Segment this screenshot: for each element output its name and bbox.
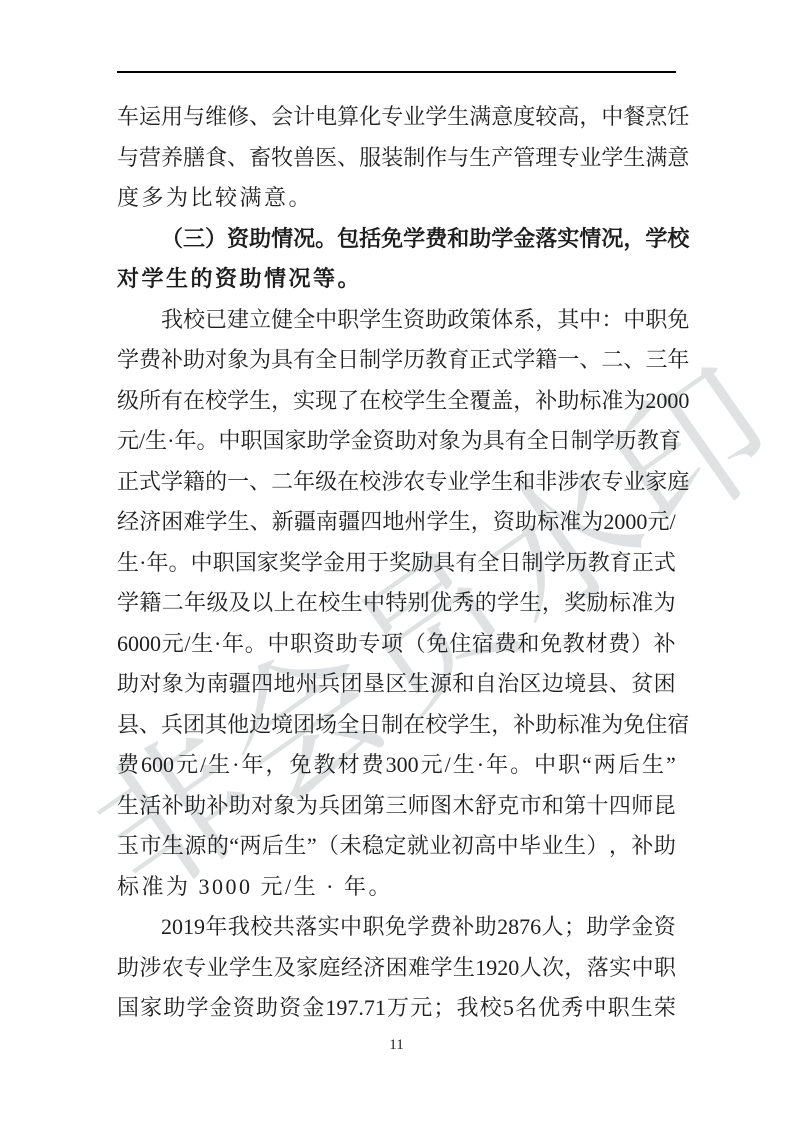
- text-token: 与: [117, 138, 139, 179]
- text-token: 校: [183, 300, 205, 341]
- text-token: 服: [359, 138, 381, 179]
- text-token: 学: [469, 462, 491, 503]
- text-token: 对: [251, 786, 273, 827]
- text-token: ，: [513, 381, 535, 422]
- text-token: 中: [219, 421, 241, 462]
- text-token: 用: [161, 97, 183, 138]
- text-token: 校: [425, 705, 447, 746]
- text-token: 补: [161, 340, 183, 381]
- text-token: 学: [447, 705, 469, 746]
- text-token: 定: [384, 826, 406, 867]
- text-token: “: [229, 826, 239, 867]
- text-token: 较: [535, 97, 557, 138]
- text-token: 学: [117, 340, 139, 381]
- text-line: 经济困难学生、新疆南疆四地州学生，资助标准为2000元/: [117, 502, 676, 543]
- text-line: 费600元/生·年，免教材费300元/生·年。中职“两后生”: [117, 745, 676, 786]
- text-token: 家: [257, 543, 279, 584]
- text-token: 校: [480, 988, 502, 1029]
- text-token: 三: [183, 219, 205, 260]
- text-token: 运: [139, 97, 161, 138]
- text-token: 学: [229, 948, 251, 989]
- text-token: 中: [363, 583, 385, 624]
- text-token: 学: [645, 219, 667, 260]
- text-token: ”: [666, 745, 676, 786]
- text-token: 在: [183, 381, 205, 422]
- text-token: 生: [453, 745, 475, 786]
- text-token: 职: [337, 300, 359, 341]
- text-token: 职: [362, 907, 384, 948]
- text-token: 日: [337, 340, 359, 381]
- text-token: 象: [274, 786, 296, 827]
- text-token: 材: [586, 624, 608, 665]
- text-token: 学: [381, 340, 403, 381]
- text-token: 生: [491, 462, 513, 503]
- text-token: 资: [279, 988, 301, 1029]
- text-token: ，: [471, 502, 493, 543]
- text-token: 学: [430, 948, 452, 989]
- text-token: 式: [654, 543, 676, 584]
- text-token: 助: [425, 300, 447, 341]
- text-token: 为: [296, 786, 318, 827]
- text-token: 满: [645, 138, 667, 179]
- text-token: 元: [162, 624, 184, 665]
- text-token: （: [404, 624, 426, 665]
- text-token: 专: [358, 624, 380, 665]
- text-token: 学: [359, 300, 381, 341]
- text-token: （: [317, 826, 339, 867]
- text-token: 策: [469, 300, 491, 341]
- text-token: 地: [274, 664, 296, 705]
- text-token: 国: [263, 421, 285, 462]
- text-token: 舒: [475, 786, 497, 827]
- text-token: 医: [315, 138, 337, 179]
- text-token: ，: [564, 948, 586, 989]
- text-token: 其: [205, 705, 227, 746]
- text-token: ；: [564, 907, 586, 948]
- text-token: 全: [477, 543, 499, 584]
- text-token: 正: [117, 462, 139, 503]
- text-token: 助: [183, 340, 205, 381]
- text-token: 。: [197, 421, 219, 462]
- text-token: 对: [139, 664, 161, 705]
- text-token: 教: [314, 745, 336, 786]
- text-token: 牧: [271, 138, 293, 179]
- text-token: 6000: [117, 624, 161, 665]
- text-token: 活: [139, 786, 161, 827]
- text-token: 生: [117, 543, 139, 584]
- text-token: 理: [535, 138, 557, 179]
- text-token: ，: [623, 219, 645, 260]
- text-token: 烹: [645, 97, 667, 138]
- text-token: 情: [579, 219, 601, 260]
- text-token: 助: [249, 219, 271, 260]
- text-token: 饪: [667, 97, 689, 138]
- text-token: 团: [341, 786, 363, 827]
- text-token: 我: [228, 907, 250, 948]
- text-token: 克: [497, 786, 519, 827]
- text-token: 励: [587, 583, 609, 624]
- text-token: 有: [161, 381, 183, 422]
- text-token: 制: [381, 705, 403, 746]
- text-token: 助: [307, 421, 329, 462]
- text-token: 具: [483, 421, 505, 462]
- text-token: 住: [645, 705, 667, 746]
- text-token: 金: [210, 988, 232, 1029]
- text-token: 校: [667, 219, 689, 260]
- text-token: 新: [272, 502, 294, 543]
- text-token: 标: [557, 705, 579, 746]
- text-token: 生: [469, 705, 491, 746]
- text-token: 生: [228, 502, 250, 543]
- text-token: 南: [206, 664, 228, 705]
- text-token: 生: [425, 381, 447, 422]
- text-token: 涉: [381, 462, 403, 503]
- text-token: ）: [205, 219, 227, 260]
- text-token: 2019: [161, 907, 205, 948]
- text-token: 万: [387, 988, 409, 1029]
- text-token: 覆: [469, 381, 491, 422]
- text-token: 毕: [519, 826, 541, 867]
- text-token: 制: [359, 340, 381, 381]
- text-token: 包: [337, 219, 359, 260]
- text-token: 中: [584, 988, 606, 1029]
- text-token: 我: [161, 300, 183, 341]
- text-token: 奖: [279, 543, 301, 584]
- text-token: 学: [205, 502, 227, 543]
- text-token: 我: [457, 988, 479, 1029]
- text-token: 实: [609, 948, 631, 989]
- text-token: 中: [632, 948, 654, 989]
- text-token: 他: [227, 705, 249, 746]
- text-token: 后: [618, 745, 640, 786]
- text-token: 荣: [654, 988, 676, 1029]
- text-token: 度: [513, 97, 535, 138]
- text-token: 和: [542, 786, 564, 827]
- text-token: 免: [426, 624, 448, 665]
- text-token: 校: [381, 381, 403, 422]
- text-token: 校: [318, 583, 340, 624]
- text-token: 团: [341, 664, 363, 705]
- text-token: 师: [408, 786, 430, 827]
- text-token: 助: [469, 219, 491, 260]
- text-token: 高: [557, 97, 579, 138]
- text-token: 2876: [497, 907, 541, 948]
- text-token: 膳: [183, 138, 205, 179]
- text-token: 籍: [183, 462, 205, 503]
- text-token: 垦: [363, 664, 385, 705]
- text-token: 业: [429, 826, 451, 867]
- text-token: 玉: [117, 826, 139, 867]
- text-token: 管: [513, 138, 535, 179]
- text-token: 在: [296, 583, 318, 624]
- text-token: 生: [564, 826, 586, 867]
- text-token: 历: [403, 340, 425, 381]
- text-token: 日: [359, 705, 381, 746]
- text-token: 费: [117, 745, 139, 786]
- text-token: 学: [186, 988, 208, 1029]
- text-token: 困: [161, 502, 183, 543]
- text-token: 四: [251, 664, 273, 705]
- text-token: 助: [515, 502, 537, 543]
- text-token: 业: [623, 462, 645, 503]
- text-token: 元: [648, 502, 670, 543]
- text-token: 助: [475, 907, 497, 948]
- text-token: 助: [117, 948, 139, 989]
- text-token: 生: [145, 421, 167, 462]
- text-line: 对学生的资助情况等。: [117, 259, 676, 300]
- text-token: 学: [491, 219, 513, 260]
- text-token: 教: [425, 340, 447, 381]
- text-token: 营: [139, 138, 161, 179]
- text-token: ，: [535, 300, 557, 341]
- text-token: 。: [169, 543, 191, 584]
- document-body: 车运用与维修、会计电算化专业学生满意度较高，中餐烹饪与营养膳食、畜牧兽医、服装制…: [117, 97, 676, 1029]
- text-token: 三: [645, 340, 667, 381]
- text-token: 2000: [603, 502, 647, 543]
- text-token: 免: [623, 705, 645, 746]
- text-token: 边: [249, 705, 271, 746]
- text-token: /: [184, 624, 190, 665]
- text-token: ，: [609, 826, 631, 867]
- text-token: 两: [239, 826, 261, 867]
- text-token: 籍: [139, 583, 161, 624]
- text-token: 生: [631, 988, 653, 1029]
- text-token: 费: [425, 219, 447, 260]
- text-line: （三）资助情况。包括免学费和助学金落实情况，学校: [117, 219, 676, 260]
- text-token: 其: [557, 300, 579, 341]
- text-token: 兵: [318, 786, 340, 827]
- text-token: 补: [535, 381, 557, 422]
- text-token: 年: [242, 745, 264, 786]
- text-token: ·: [214, 624, 221, 665]
- text-token: 团: [183, 705, 205, 746]
- text-token: 费: [495, 624, 517, 665]
- text-token: 一: [227, 462, 249, 503]
- text-token: 和: [452, 664, 474, 705]
- text-token: 落: [587, 948, 609, 989]
- text-token: 秀: [561, 988, 583, 1029]
- text-token: 源: [184, 826, 206, 867]
- text-token: 年: [184, 583, 206, 624]
- text-token: 场: [315, 705, 337, 746]
- text-token: 标: [537, 502, 559, 543]
- text-token: 制: [522, 543, 544, 584]
- text-token: 级: [117, 381, 139, 422]
- text-token: 生: [191, 624, 213, 665]
- text-token: 象: [227, 340, 249, 381]
- text-token: 职: [654, 948, 676, 989]
- text-token: 三: [385, 786, 407, 827]
- text-line: 2019年我校共落实中职免学费补助2876人；助学金资: [117, 907, 676, 948]
- text-token: 资: [313, 624, 335, 665]
- text-token: 与: [447, 138, 469, 179]
- text-token: 国: [235, 543, 257, 584]
- text-token: 兵: [161, 705, 183, 746]
- text-token: 团: [293, 705, 315, 746]
- text-token: 况: [601, 219, 623, 260]
- text-token: 业: [542, 826, 564, 867]
- text-token: 学: [329, 421, 351, 462]
- text-token: 后: [262, 826, 284, 867]
- text-token: 象: [162, 664, 184, 705]
- text-token: 的: [207, 826, 229, 867]
- text-token: 费: [608, 624, 630, 665]
- text-token: 助: [184, 786, 206, 827]
- text-token: 金: [302, 988, 324, 1029]
- text-token: 生: [117, 786, 139, 827]
- text-token: 生: [341, 583, 363, 624]
- text-token: 费: [362, 745, 384, 786]
- text-token: 意: [667, 138, 689, 179]
- text-token: 助: [395, 421, 417, 462]
- text-token: 体: [491, 300, 513, 341]
- text-token: 国: [117, 988, 139, 1029]
- text-token: 住: [449, 624, 471, 665]
- text-token: 、: [623, 340, 645, 381]
- text-token: 准: [559, 502, 581, 543]
- text-token: 生: [623, 138, 645, 179]
- text-token: 费: [139, 340, 161, 381]
- text-token: 补: [162, 786, 184, 827]
- text-token: 化: [359, 97, 381, 138]
- text-token: 生: [284, 826, 306, 867]
- text-line: 生·年。中职国家奖学金用于奖励具有全日制学历教育正式: [117, 543, 676, 584]
- text-token: 为: [654, 583, 676, 624]
- text-token: 、: [609, 664, 631, 705]
- text-token: 元: [117, 421, 139, 462]
- text-token: 元: [410, 988, 432, 1029]
- text-token: 项: [381, 624, 403, 665]
- text-token: 和: [513, 462, 535, 503]
- text-token: 涉: [139, 948, 161, 989]
- text-token: 专: [557, 138, 579, 179]
- text-token: 自: [475, 664, 497, 705]
- text-token: 助: [163, 988, 185, 1029]
- text-token: 中: [579, 300, 601, 341]
- text-token: 助: [256, 988, 278, 1029]
- text-token: 疆: [229, 664, 251, 705]
- text-token: 业: [447, 462, 469, 503]
- text-token: 实: [318, 907, 340, 948]
- text-token: 及: [274, 948, 296, 989]
- text-token: 以: [251, 583, 273, 624]
- text-line: 学籍二年级及以上在校生中特别优秀的学生，奖励标准为: [117, 583, 676, 624]
- text-token: 补: [654, 624, 676, 665]
- text-token: 在: [359, 381, 381, 422]
- text-line: 车运用与维修、会计电算化专业学生满意度较高，中餐烹饪: [117, 97, 676, 138]
- text-token: 困: [654, 664, 676, 705]
- text-token: ）: [586, 826, 608, 867]
- text-token: 正: [469, 340, 491, 381]
- text-token: 生: [449, 502, 471, 543]
- text-token: 优: [538, 988, 560, 1029]
- text-token: 职: [558, 745, 580, 786]
- text-line: 国家助学金资助资金197.71万元；我校5名优秀中职生荣: [117, 988, 676, 1029]
- text-token: 式: [139, 462, 161, 503]
- text-token: 免: [540, 624, 562, 665]
- text-token: 年: [293, 462, 315, 503]
- text-token: 职: [645, 300, 667, 341]
- text-token: 宿: [472, 624, 494, 665]
- text-token: 学: [544, 543, 566, 584]
- text-token: 区: [385, 664, 407, 705]
- text-token: 金: [351, 421, 373, 462]
- text-token: 学: [403, 219, 425, 260]
- text-token: 两: [594, 745, 616, 786]
- text-token: 落: [295, 907, 317, 948]
- text-token: 兵: [318, 664, 340, 705]
- text-token: 年: [222, 624, 244, 665]
- text-token: 系: [513, 300, 535, 341]
- text-token: 补: [631, 826, 653, 867]
- text-token: 区: [519, 664, 541, 705]
- text-token: 金: [631, 907, 653, 948]
- text-token: 教: [637, 421, 659, 462]
- text-token: 昆: [654, 786, 676, 827]
- text-token: 资: [227, 219, 249, 260]
- text-token: ·: [139, 543, 146, 584]
- text-token: 制: [571, 421, 593, 462]
- text-token: 中: [497, 826, 519, 867]
- text-token: 于: [367, 543, 389, 584]
- text-token: 境: [271, 705, 293, 746]
- text-token: 疆: [294, 502, 316, 543]
- text-token: /: [200, 745, 206, 786]
- text-token: 职: [290, 624, 312, 665]
- text-token: 所: [139, 381, 161, 422]
- text-token: 家: [285, 421, 307, 462]
- text-token: 年: [205, 907, 227, 948]
- text-token: 助: [557, 381, 579, 422]
- text-token: 稳: [362, 826, 384, 867]
- text-token: 满: [469, 97, 491, 138]
- text-line: 我校已建立健全中职学生资助政策体系，其中：中职免: [117, 300, 676, 341]
- text-token: ）: [631, 624, 653, 665]
- text-token: 正: [632, 543, 654, 584]
- text-token: 兽: [293, 138, 315, 179]
- text-line: 县、兵团其他边境团场全日制在校学生，补助标准为免住宿: [117, 705, 676, 746]
- text-token: 业: [207, 948, 229, 989]
- text-token: 为: [184, 664, 206, 705]
- text-token: 助: [535, 705, 557, 746]
- text-token: 学: [593, 421, 615, 462]
- text-token: 资: [233, 988, 255, 1029]
- text-token: 专: [381, 97, 403, 138]
- text-token: 助: [229, 786, 251, 827]
- text-line: 生活补助补助对象为兵团第三师图木舒克市和第十四师昆: [117, 786, 676, 827]
- text-token: 校: [205, 381, 227, 422]
- text-token: 落: [535, 219, 557, 260]
- text-token: 地: [382, 502, 404, 543]
- text-token: 校: [250, 907, 272, 948]
- text-token: 中: [315, 300, 337, 341]
- text-token: 中: [267, 624, 289, 665]
- text-token: 实: [293, 381, 315, 422]
- text-token: 育: [447, 340, 469, 381]
- text-token: 初: [452, 826, 474, 867]
- text-token: 资: [373, 421, 395, 462]
- text-token: 为: [461, 421, 483, 462]
- text-token: 资: [493, 502, 515, 543]
- text-token: ；: [433, 988, 455, 1029]
- text-token: 学: [513, 340, 535, 381]
- text-token: ·: [167, 421, 174, 462]
- text-token: 准: [631, 583, 653, 624]
- text-token: 免: [290, 745, 312, 786]
- text-token: 生: [162, 826, 184, 867]
- text-token: 市: [519, 786, 541, 827]
- text-token: 制: [403, 138, 425, 179]
